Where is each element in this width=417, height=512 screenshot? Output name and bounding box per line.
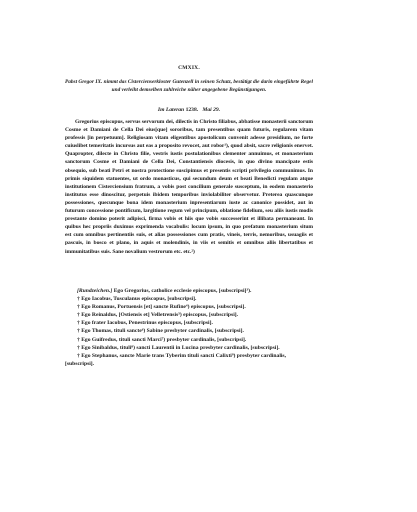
subscription-line-pope: [Rundzeichen.] Ego Gregorius, catholice … [65, 287, 313, 295]
subscription-line: † Ego Romanus, Portuensis [et] sancte Ru… [65, 303, 313, 311]
dateline: Im Lateran 1238. Mai 29. [65, 106, 313, 114]
document-summary: Pabst Gregor IX. nimmt das Cistercienser… [65, 78, 313, 94]
subscription-line: † Ego Guifredus, tituli sancti Marci⁷) p… [65, 336, 313, 344]
subscription-text: Ego Gregorius, catholice ecclesie episco… [114, 288, 252, 294]
subscription-line: † Ego Sinibaldus, tituli⁸) sancti Lauren… [65, 344, 313, 352]
rota-label: [Rundzeichen.] [77, 288, 112, 294]
subscription-line: † Ego Thomas, tituli sancte⁶) Sabine pre… [65, 327, 313, 335]
subscription-line: † Ego Stephanus, sancte Marie trans Tybe… [65, 352, 313, 360]
document-body: Gregorius episcopus, servus servorum dei… [65, 118, 313, 256]
subscription-line: † Ego Iacobus, Tusculanus episcopus, [su… [65, 295, 313, 303]
dateline-place: Im Lateran [158, 107, 184, 113]
subscription-continuation: [subscripsi]. [65, 360, 313, 368]
subscription-line: † Ego Reinaldus, [Ostiensis et] Velletre… [65, 311, 313, 319]
dateline-year: 1238. [186, 107, 199, 113]
dateline-month-day: Mai 29. [202, 107, 220, 113]
subscription-line: † Ego frater Iacobus, Penestrinus episco… [65, 319, 313, 327]
document-number: CMXIX. [65, 64, 313, 72]
subscriptions: [Rundzeichen.] Ego Gregorius, catholice … [65, 287, 313, 368]
